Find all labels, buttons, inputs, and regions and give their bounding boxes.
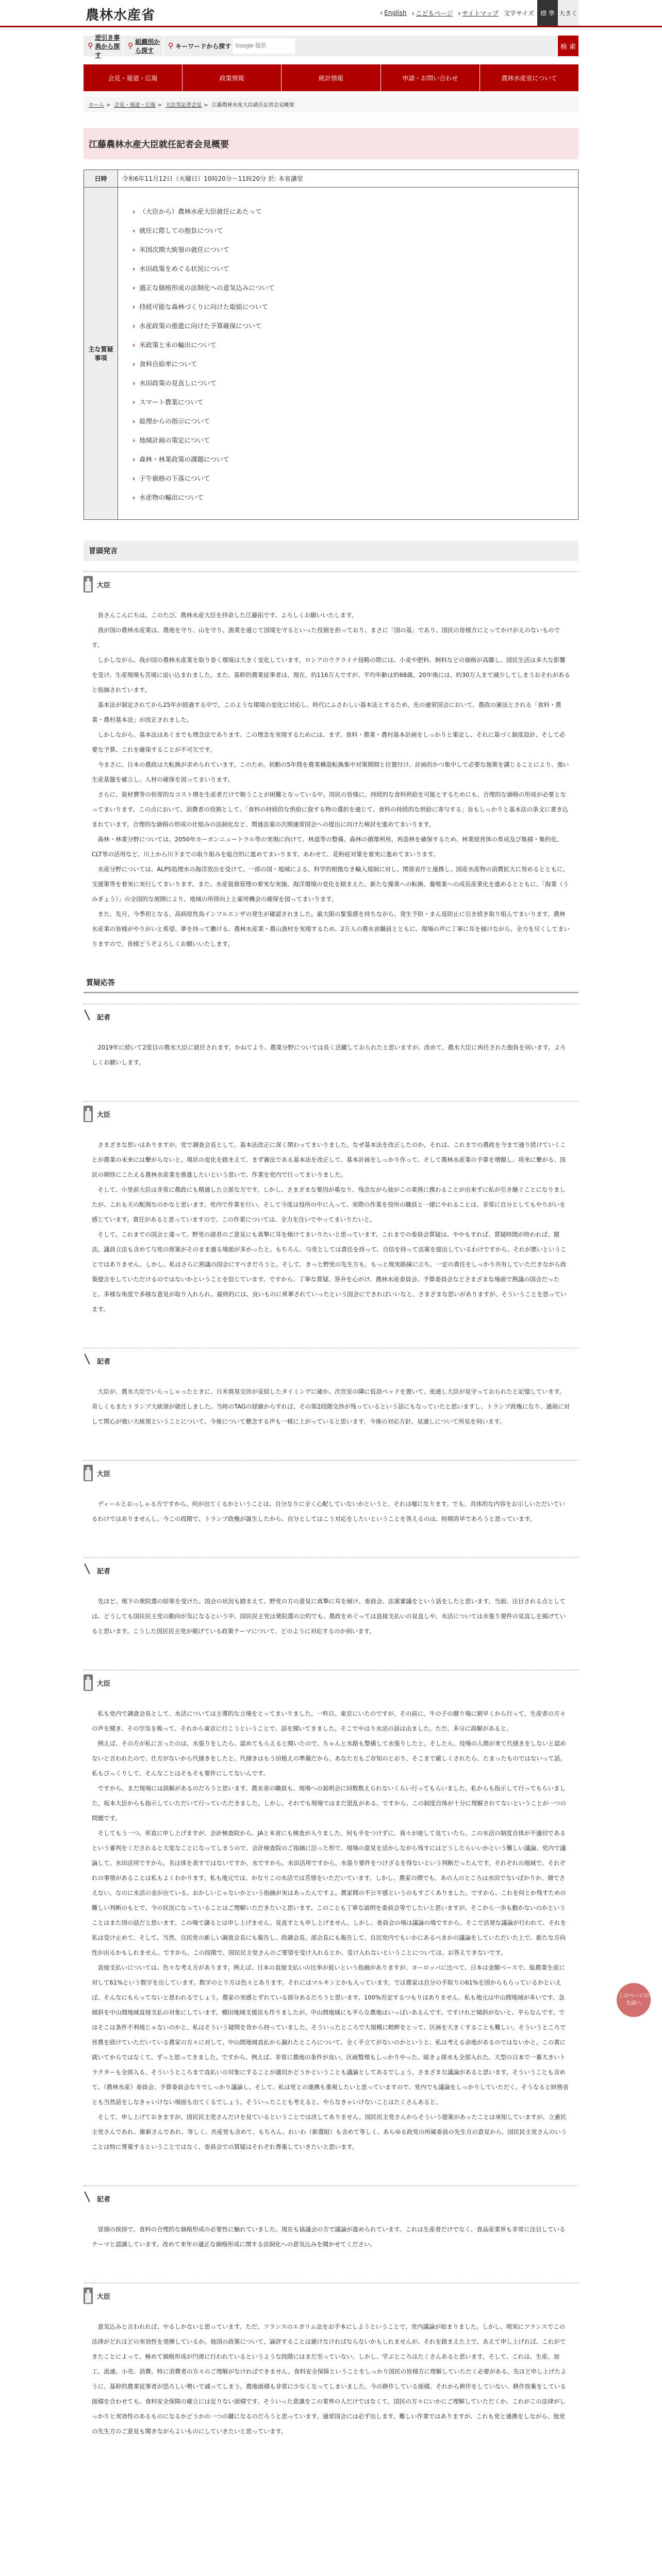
keyword-search: ⚲ キーワードから探す <box>164 36 557 56</box>
breadcrumb-current: 江藤農林水産大臣就任記者会見概要 <box>212 103 294 108</box>
speech-paragraph: 今まさに、日本の農政は大転換が求められています。このため、初動の5年間を農業構造… <box>92 757 570 787</box>
speaker-name: 大臣 <box>97 2291 110 2301</box>
speaker-header: 記者 <box>84 2185 578 2207</box>
search-icon: ⚲ <box>128 42 133 50</box>
topic-item[interactable]: 水産物の輸出について <box>133 488 574 507</box>
reporter-question: 大臣が、農水大臣でいらっしゃったときに、日米貿易交渉が妥結したタイミングに確か、… <box>84 1369 578 1450</box>
speech-paragraph: 基本法が制定されてから25年が経過する中で、このような環境の変化に対応し、時代に… <box>92 698 570 727</box>
minister-avatar-icon <box>84 1106 93 1122</box>
topic-item[interactable]: 持続可能な森林づくりに向けた取組について <box>133 297 574 316</box>
speech-paragraph: しかしながら、我が国の農林水産業を取り巻く環境は大きく変化しています。ロシアのウ… <box>92 653 570 698</box>
speech-paragraph: さらに、資材費等の恒常的なコスト増を生産者だけで賄うことが困難となっている中、国… <box>92 787 570 832</box>
speech-paragraph: ディールとおっしゃる方ですから。何が出てくるかということは、自分なりに全く心配し… <box>92 1497 570 1527</box>
topic-item[interactable]: 適正な価格形成の法制化への意気込みについて <box>133 278 574 297</box>
microphone-icon <box>84 2190 93 2207</box>
microphone-icon <box>84 1562 93 1579</box>
breadcrumb-conferences[interactable]: 大臣等記者会見 <box>165 103 202 108</box>
speaker-name: 大臣 <box>97 1109 110 1119</box>
search-icon: ⚲ <box>168 42 173 50</box>
nav-about[interactable]: 農林水産省について <box>480 64 578 91</box>
nav-policy[interactable]: 政策情報 <box>183 64 281 91</box>
topic-item[interactable]: 米国次期大統領の就任について <box>133 240 574 259</box>
minister-answer: 私も党内で調査会長として、水活については主導的な立場をとってまいりました。一昨日… <box>84 1691 578 2175</box>
global-nav: 会見・報道・広報 政策情報 統計情報 申請・お問い合わせ 農林水産省について <box>84 64 578 91</box>
nav-press[interactable]: 会見・報道・広報 <box>84 64 182 91</box>
nav-statistics[interactable]: 統計情報 <box>282 64 380 91</box>
speech-paragraph: 水産分野については、ALPS処理水の海洋放出を受けて、一部の国・地域による、科学… <box>92 862 570 907</box>
speaker-header: 大臣 <box>84 1670 578 1691</box>
breadcrumb-press[interactable]: 会見・報道・広報 <box>114 103 156 108</box>
topics-list: （大臣から）農林水産大臣就任にあたって就任に際しての抱負について米国次期大統領の… <box>122 192 574 515</box>
topic-item[interactable]: 水田政策の見直しについて <box>133 374 574 393</box>
speaker-name: 大臣 <box>97 580 110 589</box>
org-search: ⚲ 組織別から探す <box>124 36 163 56</box>
reverse-dict-link[interactable]: 逆引き事典から探す <box>95 33 123 59</box>
opening-heading: 冒頭発言 <box>84 540 578 561</box>
topic-item[interactable]: 森林・林業政策の課題について <box>133 450 574 469</box>
speaker-header: 記者 <box>84 1004 578 1025</box>
reporter-question: 先ほど、現下の衆院選の結果を受けた、国会の状況も踏まえて、野党の方の意見に真摯に… <box>84 1579 578 1659</box>
minister-answer: ディールとおっしゃる方ですから。何が出てくるかということは、自分なりに全く心配し… <box>84 1481 578 1547</box>
search-bar: ⚲ 逆引き事典から探す ⚲ 組織別から探す ⚲ キーワードから探す 検 索 <box>84 36 578 56</box>
topic-item[interactable]: 米政策と米の輸出について <box>133 335 574 354</box>
header-divider <box>0 26 662 27</box>
keyword-search-input[interactable] <box>233 38 295 54</box>
speech-paragraph: 例えば、その方が私に言ったのは、水張りをしたら、認めてもらえると聞いたので、ちゃ… <box>92 1736 570 1781</box>
speech-paragraph: 大臣が、農水大臣でいらっしゃったときに、日米貿易交渉が妥結したタイミングに確か、… <box>92 1384 570 1429</box>
speech-paragraph: 先ほど、現下の衆院選の結果を受けた、国会の状況も踏まえて、野党の方の意見に真摯に… <box>92 1594 570 1639</box>
speech-paragraph: 我が国の農林水産業は、農地を守り、山を守り、漁業を通じて国境を守るといった役割を… <box>92 623 570 653</box>
speech-paragraph: 私も党内で調査会長として、水活については主導的な立場をとってまいりました。一昨日… <box>92 1706 570 1736</box>
speaker-name: 記者 <box>97 1566 110 1575</box>
speech-paragraph: 冒頭の挨拶で、食料の合理的な価格形成の必要性に触れていました。現在も協議会の方で… <box>92 2222 570 2252</box>
search-button[interactable]: 検 索 <box>558 36 578 56</box>
date-label: 日時 <box>84 170 118 188</box>
link-sitemap[interactable]: サイトマップ <box>458 9 499 18</box>
opening-speech: 皆さんこんにちは。このたび、農林水産大臣を拝命した江藤拓です。よろしくお願いいた… <box>84 592 578 952</box>
minister-avatar-icon <box>84 576 93 592</box>
topic-item[interactable]: 子牛価格の下落について <box>133 469 574 488</box>
speech-paragraph: 意気込みと言われれば、やるしかないと思っています。ただ、フランスのエガリム法をお… <box>92 2319 570 2439</box>
speaker-name: 記者 <box>97 1356 110 1366</box>
speaker-name: 記者 <box>97 2194 110 2204</box>
speaker-header: 記者 <box>84 1557 578 1579</box>
minister-avatar-icon <box>84 1674 93 1691</box>
site-logo[interactable]: 農林水産省 <box>86 5 155 24</box>
breadcrumb-home[interactable]: ホーム <box>89 103 104 108</box>
speech-paragraph: 皆さんこんにちは。このたび、農林水産大臣を拝命した江藤拓です。よろしくお願いいた… <box>92 608 570 623</box>
minister-avatar-icon <box>84 1465 93 1481</box>
page-top-button[interactable]: このページの先頭へ <box>617 1983 651 2017</box>
topic-item[interactable]: 総理からの指示について <box>133 412 574 431</box>
topic-item[interactable]: 水産政策の推進に向けた予算確保について <box>133 316 574 335</box>
link-english[interactable]: English <box>380 9 406 16</box>
topics-label: 主な質疑事項 <box>84 188 118 520</box>
topic-item[interactable]: 食料自給率について <box>133 354 574 374</box>
speaker-name: 記者 <box>97 1012 110 1022</box>
topic-item[interactable]: 地域計画の策定について <box>133 431 574 450</box>
topic-item[interactable]: スマート農業について <box>133 393 574 412</box>
microphone-icon <box>84 1352 93 1369</box>
topic-item[interactable]: （大臣から）農林水産大臣就任にあたって <box>133 202 574 221</box>
speech-paragraph: そして、申し上げておきますが、国民民主党さんだけを見ているということでは決してあ… <box>92 2110 570 2155</box>
speaker-header: 大臣 <box>84 2283 578 2304</box>
breadcrumb: ホーム> 会見・報道・広報> 大臣等記者会見> 江藤農林水産大臣就任記者会見概要 <box>84 96 578 112</box>
speech-paragraph: 直接支払いについては、色々な考え方があります。例えば、日本の直接支払いの比率が低… <box>92 1960 570 2110</box>
minister-answer: 意気込みと言われれば、やるしかないと思っています。ただ、フランスのエガリム法をお… <box>84 2304 578 2460</box>
speech-paragraph: 2019年に続いて2度目の農水大臣に就任されます。かねてより、農業分野については… <box>92 1040 570 1070</box>
speech-paragraph: そしてもう一つ、率直に申し上げますが、会計検査院から、JAと本省にも検査が入りま… <box>92 1826 570 1960</box>
search-icon: ⚲ <box>88 42 93 50</box>
minister-answer: さまざまな思いはありますが、党で調査会長として、基本法改正に深く関わってまいりま… <box>84 1122 578 1337</box>
speaker-header: 大臣 <box>84 1101 578 1122</box>
speech-paragraph: 森林・林業分野については、2050年カーボンニュートラル等の実現に向けて、林道等… <box>92 832 570 862</box>
qa-list: 記者2019年に続いて2度目の農水大臣に就任されます。かねてより、農業分野につい… <box>84 1004 578 2460</box>
speech-paragraph: ですから、まだ現場には誤解があるのだろうと思います。農水省の職員も、現場への説明… <box>92 1781 570 1826</box>
site-header: 農林水産省 English こどもページ サイトマップ 文字サイズ 標 準 大き… <box>84 0 578 26</box>
date-value: 令和6年11月12日（火曜日）10時20分～11時20分 於: 本省講堂 <box>118 170 578 188</box>
font-size-label: 文字サイズ <box>504 9 534 18</box>
org-search-link[interactable]: 組織別から探す <box>135 37 163 55</box>
reverse-dict-search: ⚲ 逆引き事典から探す <box>84 36 123 56</box>
speech-paragraph: また、先月、今季初となる、高病原性鳥インフルエンザの発生が確認されました。最大限… <box>92 907 570 952</box>
font-size-large-button[interactable]: 大きく <box>558 0 578 26</box>
topic-item[interactable]: 水田政策をめぐる状況について <box>133 259 574 278</box>
speaker-header: 大臣 <box>84 571 578 592</box>
summary-table: 日時 令和6年11月12日（火曜日）10時20分～11時20分 於: 本省講堂 … <box>84 170 578 520</box>
speaker-header: 大臣 <box>84 1460 578 1481</box>
speech-paragraph: そして、これまでの国会と違って、野党の諸君のご意見にも真摯に耳を傾けてまいりたい… <box>92 1227 570 1317</box>
speech-paragraph: しかしながら、基本法はあくまでも理念法であります。この理念を実現するためには、ま… <box>92 727 570 757</box>
utility-nav: English こどもページ サイトマップ 文字サイズ 標 準 大きく <box>380 0 578 26</box>
speaker-header: 記者 <box>84 1348 578 1369</box>
speech-paragraph: そして、小里前大臣は非常に農政にも精通した立派な方です。しかし、さまざまな要因が… <box>92 1182 570 1227</box>
font-size-standard-button[interactable]: 標 準 <box>537 0 558 26</box>
reporter-question: 2019年に続いて2度目の農水大臣に就任されます。かねてより、農業分野については… <box>84 1025 578 1091</box>
page-title: 江藤農林水産大臣就任記者会見概要 <box>84 128 578 159</box>
microphone-icon <box>84 1008 93 1025</box>
minister-avatar-icon <box>84 2287 93 2304</box>
speaker-name: 大臣 <box>97 1678 110 1688</box>
keyword-search-label: キーワードから探す <box>175 42 231 50</box>
topic-item[interactable]: 就任に際しての抱負について <box>133 221 574 240</box>
link-kids-page[interactable]: こどもページ <box>412 9 453 18</box>
speech-paragraph: さまざまな思いはありますが、党で調査会長として、基本法改正に深く関わってまいりま… <box>92 1138 570 1182</box>
qa-heading: 質疑応答 <box>84 972 578 993</box>
speaker-name: 大臣 <box>97 1468 110 1478</box>
nav-application[interactable]: 申請・お問い合わせ <box>381 64 479 91</box>
reporter-question: 冒頭の挨拶で、食料の合理的な価格形成の必要性に触れていました。現在も協議会の方で… <box>84 2207 578 2273</box>
